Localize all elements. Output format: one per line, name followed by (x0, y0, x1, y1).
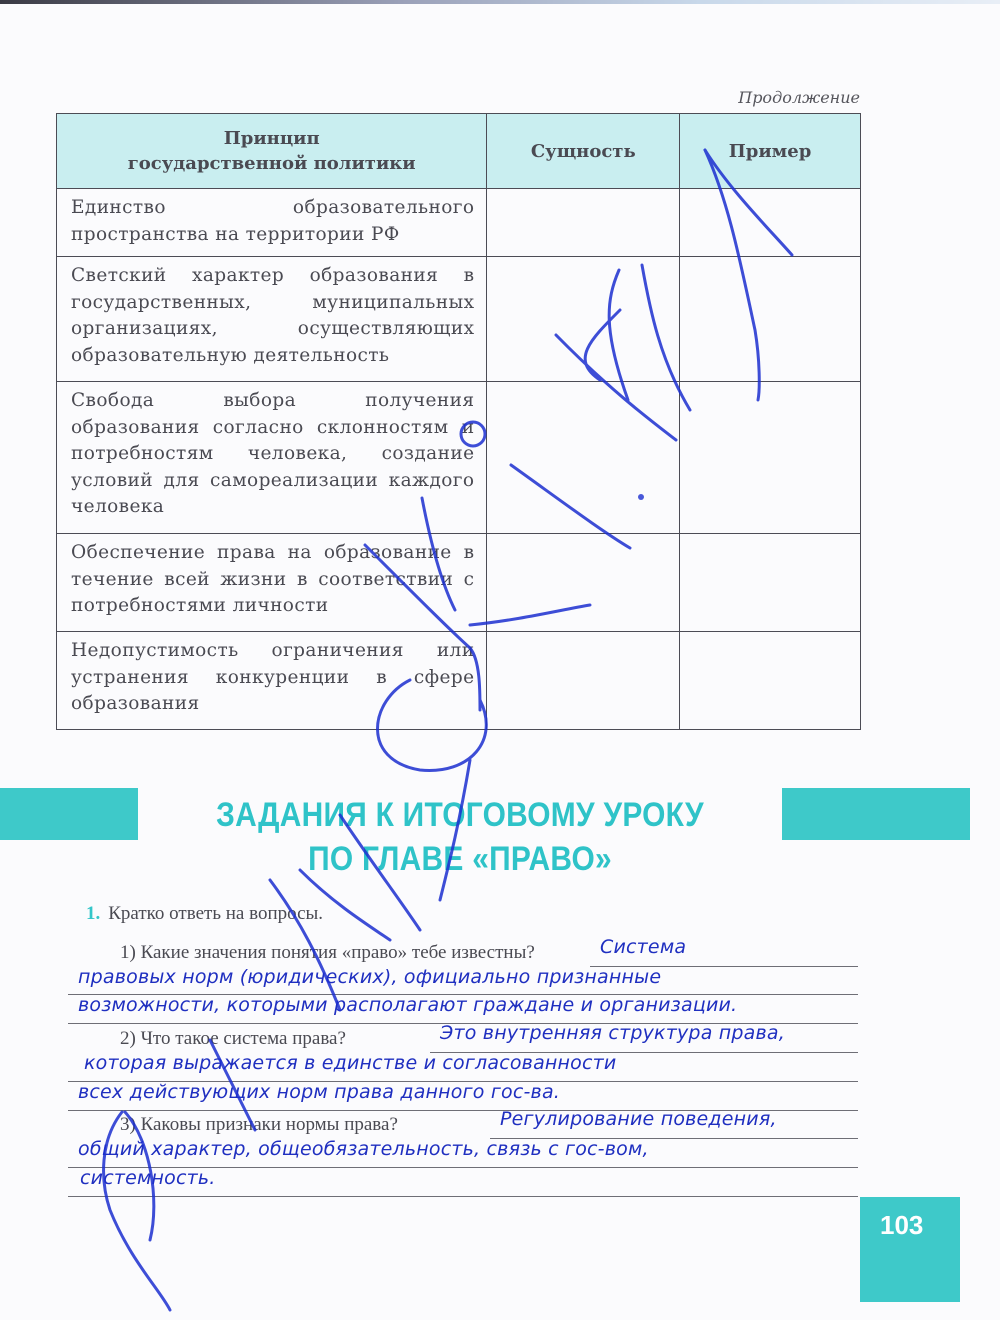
banner-bar-left (0, 788, 138, 840)
table-row: Светский характер образования в государс… (57, 257, 861, 382)
header-principle: Принцип государственной политики (57, 114, 487, 189)
principle-cell: Свобода выбора получения образования сог… (57, 382, 487, 534)
example-cell[interactable] (680, 189, 861, 257)
task-1-instruction: 1.Кратко ответь на вопросы. (86, 903, 323, 925)
section-title-line2: ПО ГЛАВЕ «ПРАВО» (178, 837, 741, 881)
question-1-label: 1) Какие значения понятия «право» тебе и… (120, 942, 535, 964)
section-title-line1: ЗАДАНИЯ К ИТОГОВОМУ УРОКУ (178, 793, 741, 837)
table-row: Обеспечение права на образование в течен… (57, 534, 861, 632)
essence-cell[interactable] (487, 257, 680, 382)
essence-cell[interactable] (487, 189, 680, 257)
header-example: Пример (680, 114, 861, 189)
header-principle-line1: Принцип (58, 126, 485, 151)
answer-1-line3[interactable]: возможности, которыми располагают гражда… (78, 994, 737, 1016)
continuation-label: Продолжение (738, 88, 860, 107)
essence-cell[interactable] (487, 632, 680, 730)
answer-3-line3[interactable]: системность. (80, 1167, 216, 1189)
principle-cell: Недопустимость ограничения или устранени… (57, 632, 487, 730)
banner-bar-right (782, 788, 970, 840)
scan-edge (0, 0, 1000, 4)
principle-cell: Обеспечение права на образование в течен… (57, 534, 487, 632)
page-number: 103 (880, 1210, 923, 1241)
principle-cell: Единство образовательного пространства н… (57, 189, 487, 257)
section-title: ЗАДАНИЯ К ИТОГОВОМУ УРОКУ ПО ГЛАВЕ «ПРАВ… (178, 793, 741, 881)
table-row: Свобода выбора получения образования сог… (57, 382, 861, 534)
answer-3-line2[interactable]: общий характер, общеобязательность, связ… (78, 1138, 649, 1160)
example-cell[interactable] (680, 382, 861, 534)
question-3-label: 3) Каковы признаки нормы права? (120, 1114, 398, 1136)
principles-table: Принцип государственной политики Сущност… (56, 113, 861, 730)
example-cell[interactable] (680, 632, 861, 730)
example-cell[interactable] (680, 257, 861, 382)
example-cell[interactable] (680, 534, 861, 632)
table-row: Недопустимость ограничения или устранени… (57, 632, 861, 730)
task-number: 1. (86, 903, 100, 924)
task-instruction-text: Кратко ответь на вопросы. (108, 903, 323, 924)
answer-1-line2[interactable]: правовых норм (юридических), официально … (78, 966, 661, 988)
essence-cell[interactable] (487, 382, 680, 534)
answer-line (68, 1196, 858, 1197)
principle-cell: Светский характер образования в государс… (57, 257, 487, 382)
answer-1-line1[interactable]: Система (600, 936, 686, 958)
table-row: Единство образовательного пространства н… (57, 189, 861, 257)
header-essence: Сущность (487, 114, 680, 189)
table-header-row: Принцип государственной политики Сущност… (57, 114, 861, 189)
header-principle-line2: государственной политики (58, 151, 485, 176)
essence-cell[interactable] (487, 534, 680, 632)
answer-2-line2[interactable]: которая выражается в единстве и согласов… (84, 1052, 616, 1074)
answer-2-line3[interactable]: всех действующих норм права данного гос-… (78, 1081, 560, 1103)
answer-3-line1[interactable]: Регулирование поведения, (500, 1108, 777, 1130)
answer-2-line1[interactable]: Это внутренняя структура права, (440, 1022, 785, 1044)
question-2-label: 2) Что такое система права? (120, 1028, 346, 1050)
